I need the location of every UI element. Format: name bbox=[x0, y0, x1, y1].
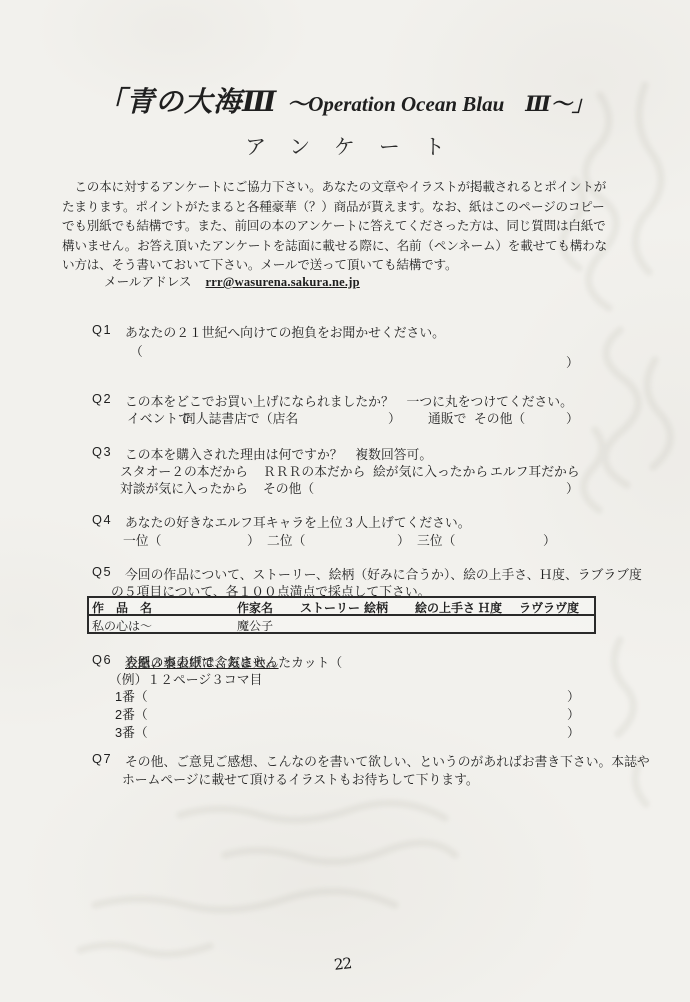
question-q7-line2: ホームページに載せて頂けるイラストもお待ちして下ります。 bbox=[0, 769, 690, 787]
question-text-line1: その他、ご意見ご感想、こんなのを書いて欲しい、というのがあればお書き下さい。本誌… bbox=[125, 751, 650, 770]
q3-option-other: その他（ bbox=[263, 478, 314, 497]
question-text: あなたの好きなエルフ耳キャラを上位３人上げてください。 bbox=[125, 512, 471, 531]
q6-item-1: 1番（ ） bbox=[0, 686, 690, 704]
intro-line: でも別紙でも結構です。また、前回の本のアンケートに答えてくださった方は、同じ質問… bbox=[62, 217, 632, 237]
col-art-style: 絵柄 bbox=[364, 599, 388, 616]
question-number: Q3 bbox=[92, 444, 112, 459]
intro-line: 構いません。お答え頂いたアンケートを誌面に載せる際に、名前（ペンネーム）を載せて… bbox=[62, 237, 632, 257]
intro-paragraph: この本に対するアンケートにご協力下さい。あなたの文章やイラストが掲載されるとポイ… bbox=[62, 178, 632, 276]
q6-item-2: 2番（ ） bbox=[0, 704, 690, 722]
col-author: 作家名 bbox=[237, 599, 273, 616]
q2-option-event: イベントで bbox=[127, 408, 191, 427]
q3-option: 対談が気に入ったから bbox=[120, 478, 248, 497]
question-q7: Q7 その他、ご意見ご感想、こんなのを書いて欲しい、というのがあればお書き下さい… bbox=[0, 751, 690, 769]
q6-item-open: 1番（ bbox=[115, 686, 148, 705]
close-paren: ） bbox=[567, 686, 580, 705]
close-paren: ） bbox=[566, 408, 579, 427]
intro-line: たまります。ポイントがたまると各種豪華（？）商品が貰えます。なお、紙はこのページ… bbox=[62, 198, 632, 218]
question-q2: Q2 この本をどこでお買い上げになられましたか？ 一つに丸をつけてください。 bbox=[0, 391, 690, 409]
scanned-questionnaire-page: 「青の大海Ⅲ ～Operation Ocean Blau Ⅲ～」 アンケート こ… bbox=[0, 0, 690, 1002]
q6-item-open: 2番（ bbox=[115, 704, 148, 723]
col-lovey-level: ラヴラヴ度 bbox=[519, 599, 579, 616]
close-paren: ） bbox=[397, 530, 410, 549]
q2-option-other: その他（ bbox=[474, 408, 525, 427]
question-number: Q6 bbox=[92, 652, 112, 667]
question-q4: Q4 あなたの好きなエルフ耳キャラを上位３人上げてください。 bbox=[0, 512, 690, 530]
q4-rank2-open: 二位（ bbox=[267, 530, 305, 549]
question-q5: Q5 今回の作品について、ストーリー、絵柄（好みに合うか）、絵の上手さ、Ｈ度、ラ… bbox=[0, 564, 690, 582]
q2-option-mailorder: 通販で bbox=[428, 408, 466, 427]
close-paren: ） bbox=[567, 722, 580, 741]
col-story: ストーリー bbox=[300, 599, 360, 616]
close-paren: ） bbox=[567, 704, 580, 723]
q3-options-row2: 対談が気に入ったから その他（ ） bbox=[0, 478, 690, 496]
question-number: Q2 bbox=[92, 391, 112, 406]
cell-work-title: 私の心は～ bbox=[92, 617, 152, 634]
intro-line: この本に対するアンケートにご協力下さい。あなたの文章やイラストが掲載されるとポイ… bbox=[62, 178, 632, 198]
q4-rank1-open: 一位（ bbox=[123, 530, 161, 549]
cell-author: 魔公子 bbox=[237, 617, 273, 634]
email-label: メールアドレス bbox=[104, 275, 192, 289]
q6-example: （例）１２ページ３コマ目 bbox=[0, 669, 690, 687]
rating-table-header: 作 品 名 作家名 ストーリー 絵柄 絵の上手さ Ｈ度 ラヴラヴ度 bbox=[89, 598, 594, 616]
question-q3: Q3 この本を購入された理由は何ですか？ 複数回答可。 bbox=[0, 444, 690, 462]
question-q6: Q6 今回の本の中で、気に入ったカット（表紙、裏表紙は含みません）を３つ上げてく… bbox=[0, 652, 690, 670]
question-q1: Q1 あなたの２１世紀へ向けての抱負をお聞かせください。 bbox=[0, 322, 690, 340]
close-paren: ） bbox=[247, 530, 260, 549]
email-line: メールアドレスrrr@wasurena.sakura.ne.jp bbox=[104, 271, 360, 290]
q2-option-shop: 同人誌書店で（店名 bbox=[183, 408, 298, 427]
question-number: Q4 bbox=[92, 512, 112, 527]
question-number: Q5 bbox=[92, 564, 112, 579]
question-number: Q7 bbox=[92, 751, 112, 766]
q4-rank3-open: 三位（ bbox=[417, 530, 455, 549]
close-paren: ） bbox=[543, 530, 556, 549]
close-paren: ） bbox=[566, 352, 579, 371]
col-work-title: 作 品 名 bbox=[92, 599, 152, 616]
col-art-skill: 絵の上手さ bbox=[415, 599, 475, 616]
q4-ranks: 一位（ ） 二位（ ） 三位（ ） bbox=[0, 530, 690, 548]
question-number: Q1 bbox=[92, 322, 112, 337]
email-address: rrr@wasurena.sakura.ne.jp bbox=[206, 275, 360, 289]
q6-item-open: 3番（ bbox=[115, 722, 148, 741]
page-number: 22 bbox=[333, 954, 352, 974]
q2-options: イベントで 同人誌書店で（店名 ） 通販で その他（ ） bbox=[0, 408, 690, 426]
close-paren: ） bbox=[566, 478, 579, 497]
subtitle-survey: アンケート bbox=[0, 131, 690, 161]
q3-options-row1: スタオー２の本だから ＲＲＲの本だから 絵が気に入ったから エルフ耳だから bbox=[0, 461, 690, 479]
col-h-level: Ｈ度 bbox=[478, 599, 502, 616]
rating-table: 作 品 名 作家名 ストーリー 絵柄 絵の上手さ Ｈ度 ラヴラヴ度 私の心は～ … bbox=[87, 596, 596, 634]
close-paren: ） bbox=[388, 408, 401, 427]
question-text: あなたの２１世紀へ向けての抱負をお聞かせください。 bbox=[125, 322, 445, 341]
q6-item-3: 3番（ ） bbox=[0, 722, 690, 740]
question-text-line2: ホームページに載せて頂けるイラストもお待ちして下ります。 bbox=[122, 769, 479, 788]
rating-table-row: 私の心は～ 魔公子 bbox=[89, 616, 594, 632]
title-english: ～Operation Ocean Blau Ⅲ～」 bbox=[287, 92, 593, 116]
title-japanese: 「青の大海Ⅲ bbox=[97, 87, 277, 118]
q1-answer-close: ） bbox=[0, 352, 690, 370]
page-title: 「青の大海Ⅲ ～Operation Ocean Blau Ⅲ～」 bbox=[0, 80, 690, 120]
